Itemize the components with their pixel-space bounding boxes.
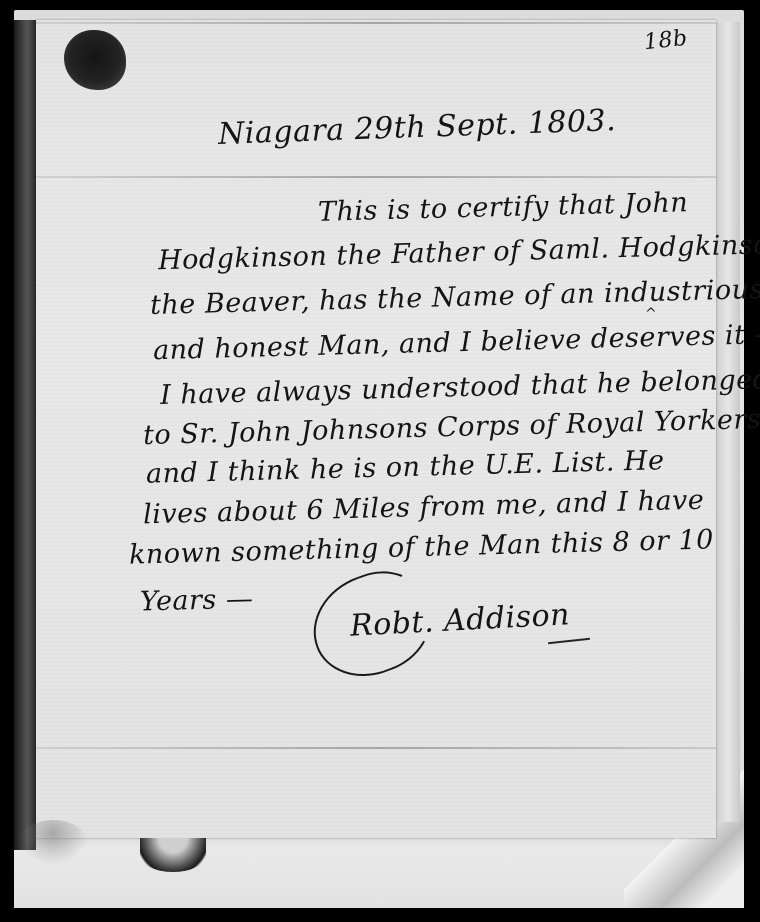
left-page-edge (14, 20, 36, 850)
fold-line (36, 747, 716, 749)
ink-blot (64, 30, 126, 90)
insertion-caret: ^ (645, 306, 657, 322)
body-line: Years — (140, 584, 254, 618)
stain (140, 838, 206, 872)
stain (18, 820, 88, 865)
scanned-document: 18b Niagara 29th Sept. 1803. This is to … (0, 0, 760, 922)
fold-line (36, 176, 716, 178)
fold-line (36, 22, 716, 24)
folio-number: 18b (643, 26, 689, 55)
